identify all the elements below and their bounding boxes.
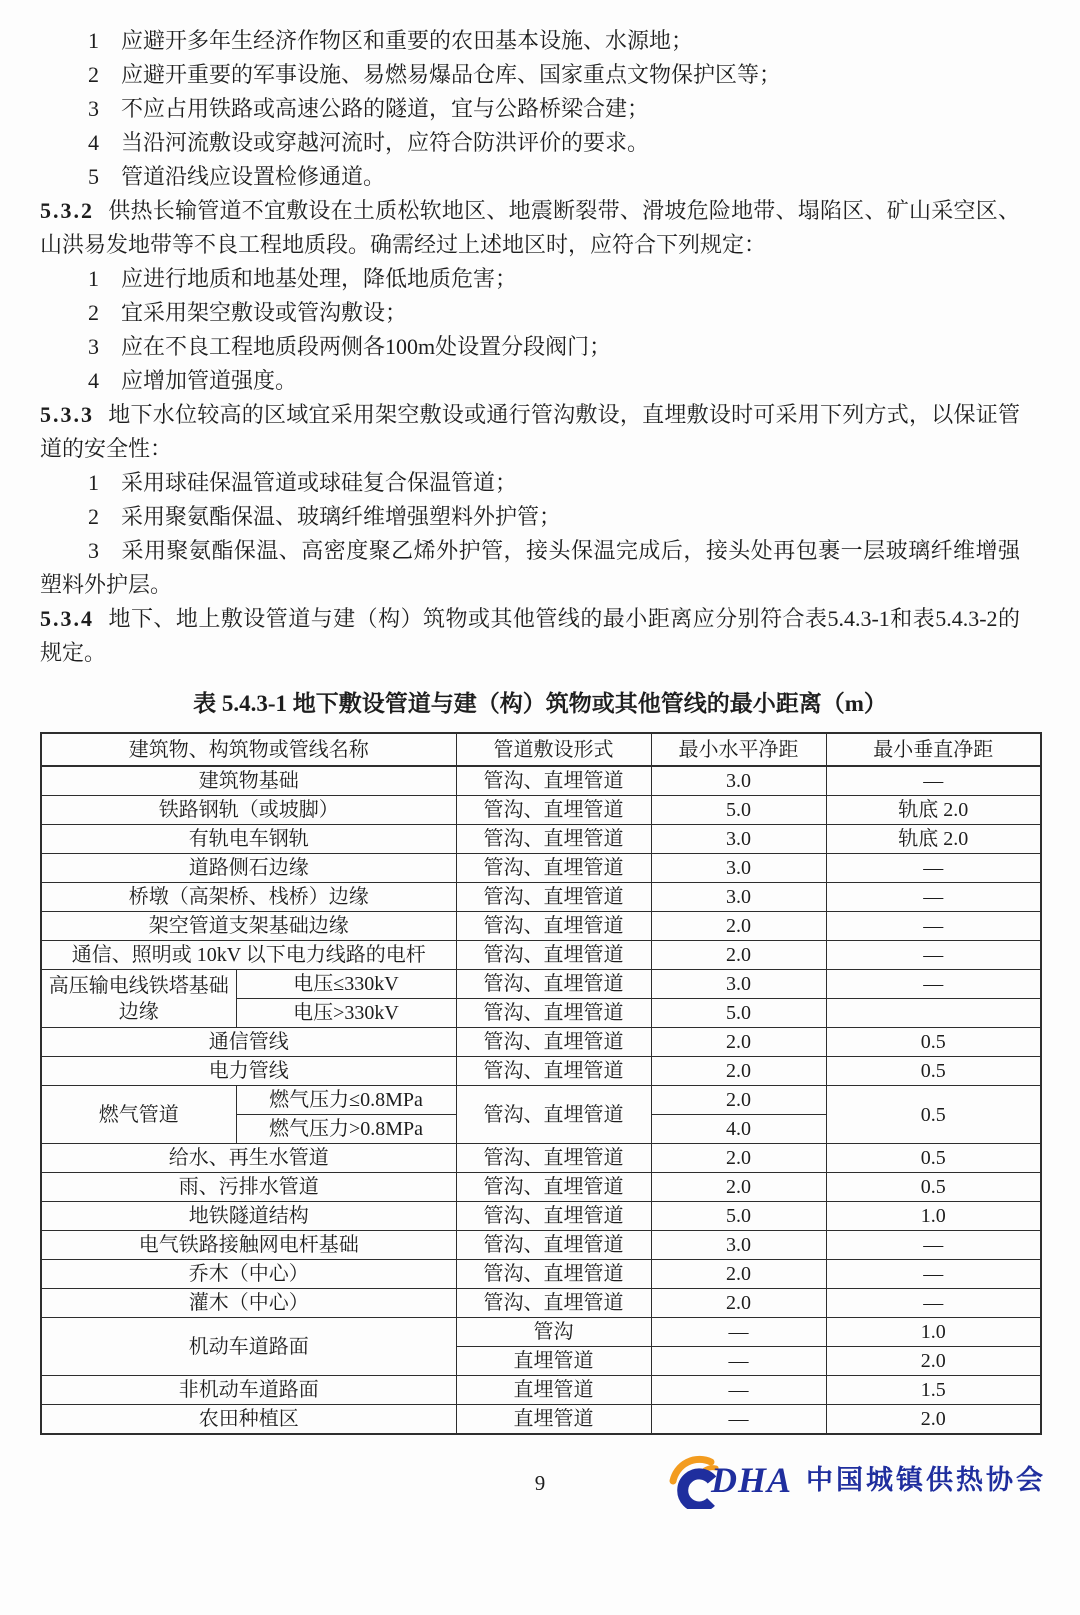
table-cell: 机动车道路面 (41, 1318, 456, 1376)
table-cell: 电气铁路接触网电杆基础 (41, 1231, 456, 1260)
table-cell: 4.0 (651, 1115, 826, 1144)
table-row: 电力管线管沟、直埋管道2.00.5 (41, 1057, 1041, 1086)
table-row: 电气铁路接触网电杆基础管沟、直埋管道3.0— (41, 1231, 1041, 1260)
col-header-structure-name: 建筑物、构筑物或管线名称 (41, 733, 456, 766)
item-number: 4 (88, 130, 99, 155)
table-cell: — (826, 883, 1041, 912)
table-cell: 建筑物基础 (41, 766, 456, 796)
item-text: 应进行地质和地基处理，降低地质危害； (121, 266, 517, 291)
table-row: 高压输电线铁塔基础边缘电压≤330kV管沟、直埋管道3.0— (41, 970, 1041, 999)
table-row: 建筑物基础管沟、直埋管道3.0— (41, 766, 1041, 796)
table-cell: 电压>330kV (236, 999, 456, 1028)
item-text: 应避开多年生经济作物区和重要的农田基本设施、水源地； (121, 28, 693, 53)
table-row: 桥墩（高架桥、栈桥）边缘管沟、直埋管道3.0— (41, 883, 1041, 912)
list-item: 3不应占用铁路或高速公路的隧道，宜与公路桥梁合建； (40, 92, 1020, 126)
table-cell: 道路侧石边缘 (41, 854, 456, 883)
table-cell: — (651, 1405, 826, 1435)
table-cell: 3.0 (651, 825, 826, 854)
table-cell: 通信、照明或 10kV 以下电力线路的电杆 (41, 941, 456, 970)
document-page: 1应避开多年生经济作物区和重要的农田基本设施、水源地； 2应避开重要的军事设施、… (0, 0, 1080, 1559)
item-text: 采用球硅保温管道或球硅复合保温管道； (121, 470, 517, 495)
table-cell: 5.0 (651, 999, 826, 1028)
item-number: 3 (88, 538, 99, 563)
distance-table: 建筑物、构筑物或管线名称 管道敷设形式 最小水平净距 最小垂直净距 建筑物基础管… (40, 732, 1042, 1435)
table-cell: 管沟、直埋管道 (456, 970, 651, 999)
table-cell: 2.0 (651, 1028, 826, 1057)
table-cell: — (826, 1260, 1041, 1289)
item-number: 2 (88, 62, 99, 87)
table-header-row: 建筑物、构筑物或管线名称 管道敷设形式 最小水平净距 最小垂直净距 (41, 733, 1041, 766)
item-number: 3 (88, 96, 99, 121)
table-cell: 地铁隧道结构 (41, 1202, 456, 1231)
table-row: 灌木（中心）管沟、直埋管道2.0— (41, 1289, 1041, 1318)
table-row: 农田种植区直埋管道—2.0 (41, 1405, 1041, 1435)
table-cell: 管沟、直埋管道 (456, 1260, 651, 1289)
table-cell: 2.0 (826, 1405, 1041, 1435)
table-cell: 非机动车道路面 (41, 1376, 456, 1405)
item-text: 不应占用铁路或高速公路的隧道，宜与公路桥梁合建； (121, 96, 649, 121)
table-cell: 1.0 (826, 1318, 1041, 1347)
table-row: 架空管道支架基础边缘管沟、直埋管道2.0— (41, 912, 1041, 941)
table-cell: 2.0 (651, 1173, 826, 1202)
list-item: 2宜采用架空敷设或管沟敷设； (40, 296, 1020, 330)
table-cell: 架空管道支架基础边缘 (41, 912, 456, 941)
table-cell (826, 999, 1041, 1028)
table-cell: 轨底 2.0 (826, 796, 1041, 825)
table-cell: 2.0 (651, 1144, 826, 1173)
table-row: 通信、照明或 10kV 以下电力线路的电杆管沟、直埋管道2.0— (41, 941, 1041, 970)
table-cell: 铁路钢轨（或坡脚） (41, 796, 456, 825)
table-cell: 管沟、直埋管道 (456, 1202, 651, 1231)
list-item: 3采用聚氨酯保温、高密度聚乙烯外护管，接头保温完成后，接头处再包裹一层玻璃纤维增… (40, 534, 1020, 602)
clause-number: 5.3.3 (40, 402, 94, 427)
item-text: 当沿河流敷设或穿越河流时，应符合防洪评价的要求。 (121, 130, 649, 155)
table-title: 表 5.4.3-1 地下敷设管道与建（构）筑物或其他管线的最小距离（m） (40, 688, 1040, 720)
table-cell: 2.0 (651, 912, 826, 941)
clause-number: 5.3.4 (40, 606, 94, 631)
table-cell: 给水、再生水管道 (41, 1144, 456, 1173)
table-cell: 管沟、直埋管道 (456, 854, 651, 883)
list-item: 2应避开重要的军事设施、易燃易爆品仓库、国家重点文物保护区等； (40, 58, 1020, 92)
table-row: 给水、再生水管道管沟、直埋管道2.00.5 (41, 1144, 1041, 1173)
table-cell: 管沟、直埋管道 (456, 1057, 651, 1086)
table-cell: — (826, 1289, 1041, 1318)
item-number: 1 (88, 266, 99, 291)
clause-5-3-4: 5.3.4地下、地上敷设管道与建（构）筑物或其他管线的最小距离应分别符合表5.4… (40, 602, 1020, 670)
table-cell: — (651, 1376, 826, 1405)
item-text: 管道沿线应设置检修通道。 (121, 164, 385, 189)
table-cell: 2.0 (826, 1347, 1041, 1376)
table-cell: 管沟、直埋管道 (456, 1086, 651, 1144)
clause-5-3-2: 5.3.2供热长输管道不宜敷设在土质松软地区、地震断裂带、滑坡危险地带、塌陷区、… (40, 194, 1020, 262)
table-cell: 0.5 (826, 1086, 1041, 1144)
table-cell: 0.5 (826, 1057, 1041, 1086)
col-header-min-vertical: 最小垂直净距 (826, 733, 1041, 766)
list-item: 4应增加管道强度。 (40, 364, 1020, 398)
table-row: 有轨电车钢轨管沟、直埋管道3.0轨底 2.0 (41, 825, 1041, 854)
list-item: 5管道沿线应设置检修通道。 (40, 160, 1020, 194)
list-item: 3应在不良工程地质段两侧各100m处设置分段阀门； (40, 330, 1020, 364)
table-cell: 管沟、直埋管道 (456, 766, 651, 796)
clause-number: 5.3.2 (40, 198, 94, 223)
table-cell: 2.0 (651, 1260, 826, 1289)
item-text: 宜采用架空敷设或管沟敷设； (121, 300, 407, 325)
table-cell: 管沟、直埋管道 (456, 883, 651, 912)
logo-acronym: DHA (711, 1462, 792, 1498)
item-number: 1 (88, 28, 99, 53)
item-number: 5 (88, 164, 99, 189)
table-row: 雨、污排水管道管沟、直埋管道2.00.5 (41, 1173, 1041, 1202)
table-cell: 0.5 (826, 1173, 1041, 1202)
clause-text: 地下水位较高的区域宜采用架空敷设或通行管沟敷设，直埋敷设时可采用下列方式，以保证… (40, 402, 1020, 461)
table-cell: 雨、污排水管道 (41, 1173, 456, 1202)
item-number: 2 (88, 504, 99, 529)
table-cell: 管沟、直埋管道 (456, 941, 651, 970)
col-header-laying-form: 管道敷设形式 (456, 733, 651, 766)
col-header-min-horizontal: 最小水平净距 (651, 733, 826, 766)
table-cell: 乔木（中心） (41, 1260, 456, 1289)
table-cell: 2.0 (651, 941, 826, 970)
table-row: 非机动车道路面直埋管道—1.5 (41, 1376, 1041, 1405)
table-cell: 1.0 (826, 1202, 1041, 1231)
table-cell: — (826, 970, 1041, 999)
table-cell: 5.0 (651, 796, 826, 825)
table-cell: 3.0 (651, 1231, 826, 1260)
table-cell: 管沟 (456, 1318, 651, 1347)
table-cell: 3.0 (651, 970, 826, 999)
table-row: 道路侧石边缘管沟、直埋管道3.0— (41, 854, 1041, 883)
table-cell: — (826, 912, 1041, 941)
table-row: 通信管线管沟、直埋管道2.00.5 (41, 1028, 1041, 1057)
table-cell: 高压输电线铁塔基础边缘 (41, 970, 236, 1028)
item-text: 应增加管道强度。 (121, 368, 297, 393)
table-cell: 3.0 (651, 883, 826, 912)
table-cell: 管沟、直埋管道 (456, 796, 651, 825)
association-logo: DHA 中国城镇供热协会 (667, 1451, 1046, 1509)
list-item: 1应避开多年生经济作物区和重要的农田基本设施、水源地； (40, 24, 1020, 58)
table-cell: 燃气管道 (41, 1086, 236, 1144)
table-row: 铁路钢轨（或坡脚）管沟、直埋管道5.0轨底 2.0 (41, 796, 1041, 825)
table-cell: — (826, 941, 1041, 970)
table-cell: 3.0 (651, 766, 826, 796)
clause-content: 1应避开多年生经济作物区和重要的农田基本设施、水源地； 2应避开重要的军事设施、… (40, 24, 1020, 670)
item-text: 应在不良工程地质段两侧各100m处设置分段阀门； (121, 334, 611, 359)
table-row: 地铁隧道结构管沟、直埋管道5.01.0 (41, 1202, 1041, 1231)
table-cell: 燃气压力≤0.8MPa (236, 1086, 456, 1115)
table-cell: 管沟、直埋管道 (456, 1289, 651, 1318)
clause-text: 供热长输管道不宜敷设在土质松软地区、地震断裂带、滑坡危险地带、塌陷区、矿山采空区… (40, 198, 1020, 257)
item-number: 1 (88, 470, 99, 495)
table-cell: 管沟、直埋管道 (456, 912, 651, 941)
table-cell: 管沟、直埋管道 (456, 825, 651, 854)
table-cell: 3.0 (651, 854, 826, 883)
table-cell: — (826, 766, 1041, 796)
table-row: 燃气管道燃气压力≤0.8MPa管沟、直埋管道2.00.5 (41, 1086, 1041, 1115)
logo-text: 中国城镇供热协会 (806, 1467, 1046, 1494)
table-cell: 1.5 (826, 1376, 1041, 1405)
table-body: 建筑物基础管沟、直埋管道3.0—铁路钢轨（或坡脚）管沟、直埋管道5.0轨底 2.… (41, 766, 1041, 1434)
item-text: 采用聚氨酯保温、玻璃纤维增强塑料外护管； (121, 504, 561, 529)
table-row: 乔木（中心）管沟、直埋管道2.0— (41, 1260, 1041, 1289)
table-cell: 直埋管道 (456, 1405, 651, 1435)
table-cell: 直埋管道 (456, 1347, 651, 1376)
clause-text: 地下、地上敷设管道与建（构）筑物或其他管线的最小距离应分别符合表5.4.3-1和… (40, 606, 1020, 665)
list-item: 2采用聚氨酯保温、玻璃纤维增强塑料外护管； (40, 500, 1020, 534)
page-footer: 9 DHA 中国城镇供热协会 (40, 1449, 1040, 1559)
table-row: 机动车道路面管沟—1.0 (41, 1318, 1041, 1347)
table-cell: 2.0 (651, 1086, 826, 1115)
table-cell: 通信管线 (41, 1028, 456, 1057)
table-cell: 电压≤330kV (236, 970, 456, 999)
table-cell: — (651, 1318, 826, 1347)
table-cell: 轨底 2.0 (826, 825, 1041, 854)
list-item: 1应进行地质和地基处理，降低地质危害； (40, 262, 1020, 296)
table-cell: — (651, 1347, 826, 1376)
table-cell: 管沟、直埋管道 (456, 1231, 651, 1260)
table-cell: 电力管线 (41, 1057, 456, 1086)
list-item: 1采用球硅保温管道或球硅复合保温管道； (40, 466, 1020, 500)
table-cell: 有轨电车钢轨 (41, 825, 456, 854)
table-cell: 直埋管道 (456, 1376, 651, 1405)
table-cell: — (826, 1231, 1041, 1260)
table-cell: 0.5 (826, 1144, 1041, 1173)
table-cell: 管沟、直埋管道 (456, 1144, 651, 1173)
table-cell: 2.0 (651, 1289, 826, 1318)
clause-5-3-3: 5.3.3地下水位较高的区域宜采用架空敷设或通行管沟敷设，直埋敷设时可采用下列方… (40, 398, 1020, 466)
list-item: 4当沿河流敷设或穿越河流时，应符合防洪评价的要求。 (40, 126, 1020, 160)
table-cell: 0.5 (826, 1028, 1041, 1057)
item-number: 3 (88, 334, 99, 359)
item-text: 采用聚氨酯保温、高密度聚乙烯外护管，接头保温完成后，接头处再包裹一层玻璃纤维增强… (40, 538, 1020, 597)
item-number: 2 (88, 300, 99, 325)
table-cell: 5.0 (651, 1202, 826, 1231)
table-cell: 燃气压力>0.8MPa (236, 1115, 456, 1144)
table-cell: 2.0 (651, 1057, 826, 1086)
table-cell: 灌木（中心） (41, 1289, 456, 1318)
table-cell: 管沟、直埋管道 (456, 999, 651, 1028)
table-cell: 管沟、直埋管道 (456, 1028, 651, 1057)
item-text: 应避开重要的军事设施、易燃易爆品仓库、国家重点文物保护区等； (121, 62, 781, 87)
table-cell: 桥墩（高架桥、栈桥）边缘 (41, 883, 456, 912)
table-cell: 管沟、直埋管道 (456, 1173, 651, 1202)
item-number: 4 (88, 368, 99, 393)
table-cell: 农田种植区 (41, 1405, 456, 1435)
table-cell: — (826, 854, 1041, 883)
